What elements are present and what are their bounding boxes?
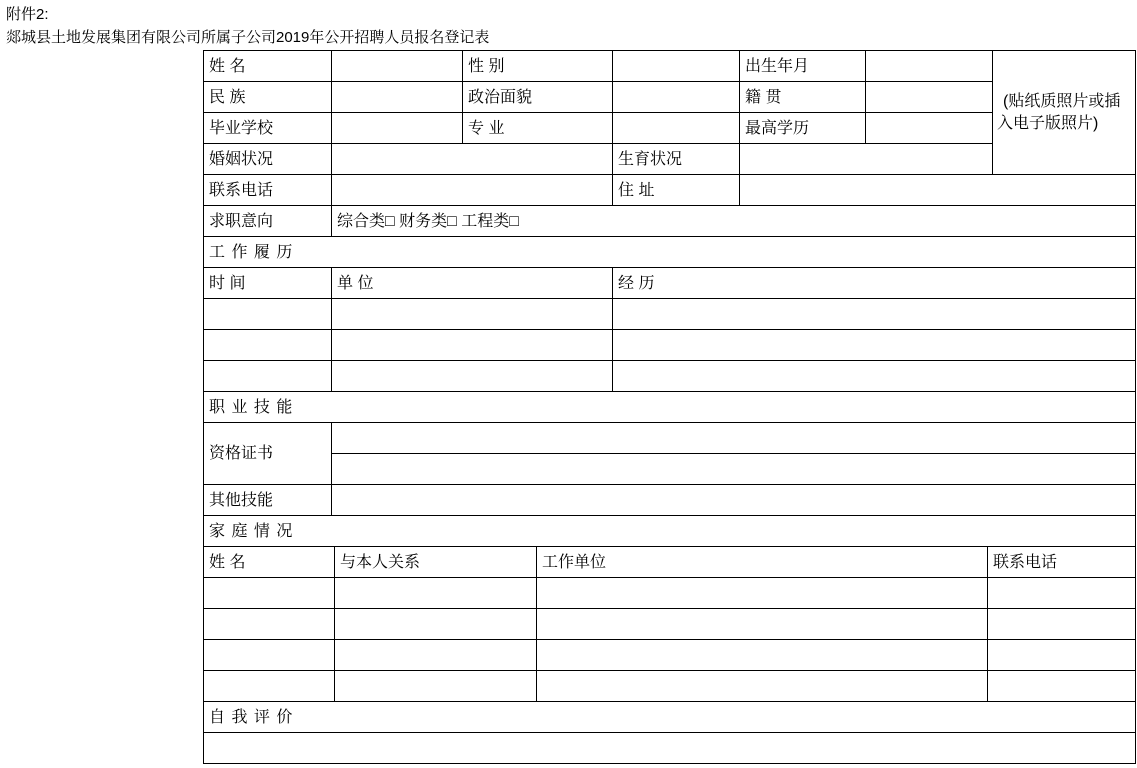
- family-phone-cell[interactable]: [988, 671, 1136, 702]
- highest-education-label: 最高学历: [740, 113, 866, 144]
- work-history-col-experience: 经 历: [613, 268, 1136, 299]
- family-relation-cell[interactable]: [335, 609, 537, 640]
- graduate-school-input-cell[interactable]: [332, 113, 463, 144]
- certificate-input-cell[interactable]: [332, 423, 1136, 454]
- family-section-title: 家 庭 情 况: [204, 516, 1136, 547]
- fertility-status-label: 生育状况: [613, 144, 740, 175]
- family-phone-cell[interactable]: [988, 609, 1136, 640]
- family-workplace-cell[interactable]: [537, 640, 988, 671]
- work-history-time-cell[interactable]: [204, 299, 332, 330]
- skills-section-title: 职 业 技 能: [204, 392, 1136, 423]
- family-row: [204, 578, 1136, 609]
- native-place-input-cell[interactable]: [866, 82, 993, 113]
- family-phone-cell[interactable]: [988, 578, 1136, 609]
- work-history-col-unit: 单 位: [332, 268, 613, 299]
- work-history-section-title: 工 作 履 历: [204, 237, 1136, 268]
- graduate-school-label: 毕业学校: [204, 113, 332, 144]
- work-history-row: [204, 361, 1136, 392]
- name-label: 姓 名: [204, 51, 332, 82]
- family-col-name: 姓 名: [204, 547, 335, 578]
- job-intention-label: 求职意向: [204, 206, 332, 237]
- certificate-input-cell[interactable]: [332, 454, 1136, 485]
- family-name-cell[interactable]: [204, 578, 335, 609]
- family-workplace-cell[interactable]: [537, 609, 988, 640]
- highest-education-input-cell[interactable]: [866, 113, 993, 144]
- name-input-cell[interactable]: [332, 51, 463, 82]
- address-input-cell[interactable]: [740, 175, 1136, 206]
- family-workplace-cell[interactable]: [537, 578, 988, 609]
- family-row: [204, 671, 1136, 702]
- work-history-time-cell[interactable]: [204, 330, 332, 361]
- form-title: 郯城县土地发展集团有限公司所属子公司2019年公开招聘人员报名登记表: [6, 26, 489, 49]
- phone-input-cell[interactable]: [332, 175, 613, 206]
- work-history-unit-cell[interactable]: [332, 330, 613, 361]
- political-status-label: 政治面貌: [463, 82, 613, 113]
- political-status-input-cell[interactable]: [613, 82, 740, 113]
- basic-info-table: 姓 名 性 别 出生年月 (贴纸质照片或插入电子版照片) 民 族 政治面貌 籍 …: [203, 50, 1136, 237]
- family-phone-cell[interactable]: [988, 640, 1136, 671]
- document-page: 附件2: 郯城县土地发展集团有限公司所属子公司2019年公开招聘人员报名登记表 …: [0, 0, 1137, 768]
- major-label: 专 业: [463, 113, 613, 144]
- work-history-time-cell[interactable]: [204, 361, 332, 392]
- address-label: 住 址: [613, 175, 740, 206]
- family-row: [204, 609, 1136, 640]
- family-row: [204, 640, 1136, 671]
- work-history-table: 工 作 履 历 时 间 单 位 经 历: [203, 236, 1136, 516]
- gender-label: 性 别: [463, 51, 613, 82]
- work-history-experience-cell[interactable]: [613, 299, 1136, 330]
- family-col-workplace: 工作单位: [537, 547, 988, 578]
- photo-placeholder-cell[interactable]: (贴纸质照片或插入电子版照片): [993, 51, 1136, 175]
- family-col-phone: 联系电话: [988, 547, 1136, 578]
- birth-date-label: 出生年月: [740, 51, 866, 82]
- work-history-unit-cell[interactable]: [332, 361, 613, 392]
- work-history-col-time: 时 间: [204, 268, 332, 299]
- work-history-unit-cell[interactable]: [332, 299, 613, 330]
- phone-label: 联系电话: [204, 175, 332, 206]
- registration-form: 姓 名 性 别 出生年月 (贴纸质照片或插入电子版照片) 民 族 政治面貌 籍 …: [203, 50, 1135, 764]
- marital-status-label: 婚姻状况: [204, 144, 332, 175]
- work-history-experience-cell[interactable]: [613, 330, 1136, 361]
- attachment-label: 附件2:: [6, 3, 489, 26]
- family-workplace-cell[interactable]: [537, 671, 988, 702]
- major-input-cell[interactable]: [613, 113, 740, 144]
- native-place-label: 籍 贯: [740, 82, 866, 113]
- ethnicity-input-cell[interactable]: [332, 82, 463, 113]
- other-skills-input-cell[interactable]: [332, 485, 1136, 516]
- gender-input-cell[interactable]: [613, 51, 740, 82]
- work-history-experience-cell[interactable]: [613, 361, 1136, 392]
- family-relation-cell[interactable]: [335, 671, 537, 702]
- certificate-label: 资格证书: [204, 423, 332, 485]
- ethnicity-label: 民 族: [204, 82, 332, 113]
- other-skills-label: 其他技能: [204, 485, 332, 516]
- family-name-cell[interactable]: [204, 609, 335, 640]
- fertility-status-input-cell[interactable]: [740, 144, 993, 175]
- marital-status-input-cell[interactable]: [332, 144, 613, 175]
- work-history-row: [204, 299, 1136, 330]
- family-col-relation: 与本人关系: [335, 547, 537, 578]
- work-history-row: [204, 330, 1136, 361]
- job-intention-options-cell[interactable]: 综合类□ 财务类□ 工程类□: [332, 206, 1136, 237]
- document-header: 附件2: 郯城县土地发展集团有限公司所属子公司2019年公开招聘人员报名登记表: [6, 3, 489, 49]
- birth-date-input-cell[interactable]: [866, 51, 993, 82]
- family-table: 家 庭 情 况 姓 名 与本人关系 工作单位 联系电话: [203, 515, 1136, 764]
- family-name-cell[interactable]: [204, 671, 335, 702]
- family-name-cell[interactable]: [204, 640, 335, 671]
- self-evaluation-input-cell[interactable]: [204, 733, 1136, 764]
- self-evaluation-section-title: 自 我 评 价: [204, 702, 1136, 733]
- family-relation-cell[interactable]: [335, 640, 537, 671]
- family-relation-cell[interactable]: [335, 578, 537, 609]
